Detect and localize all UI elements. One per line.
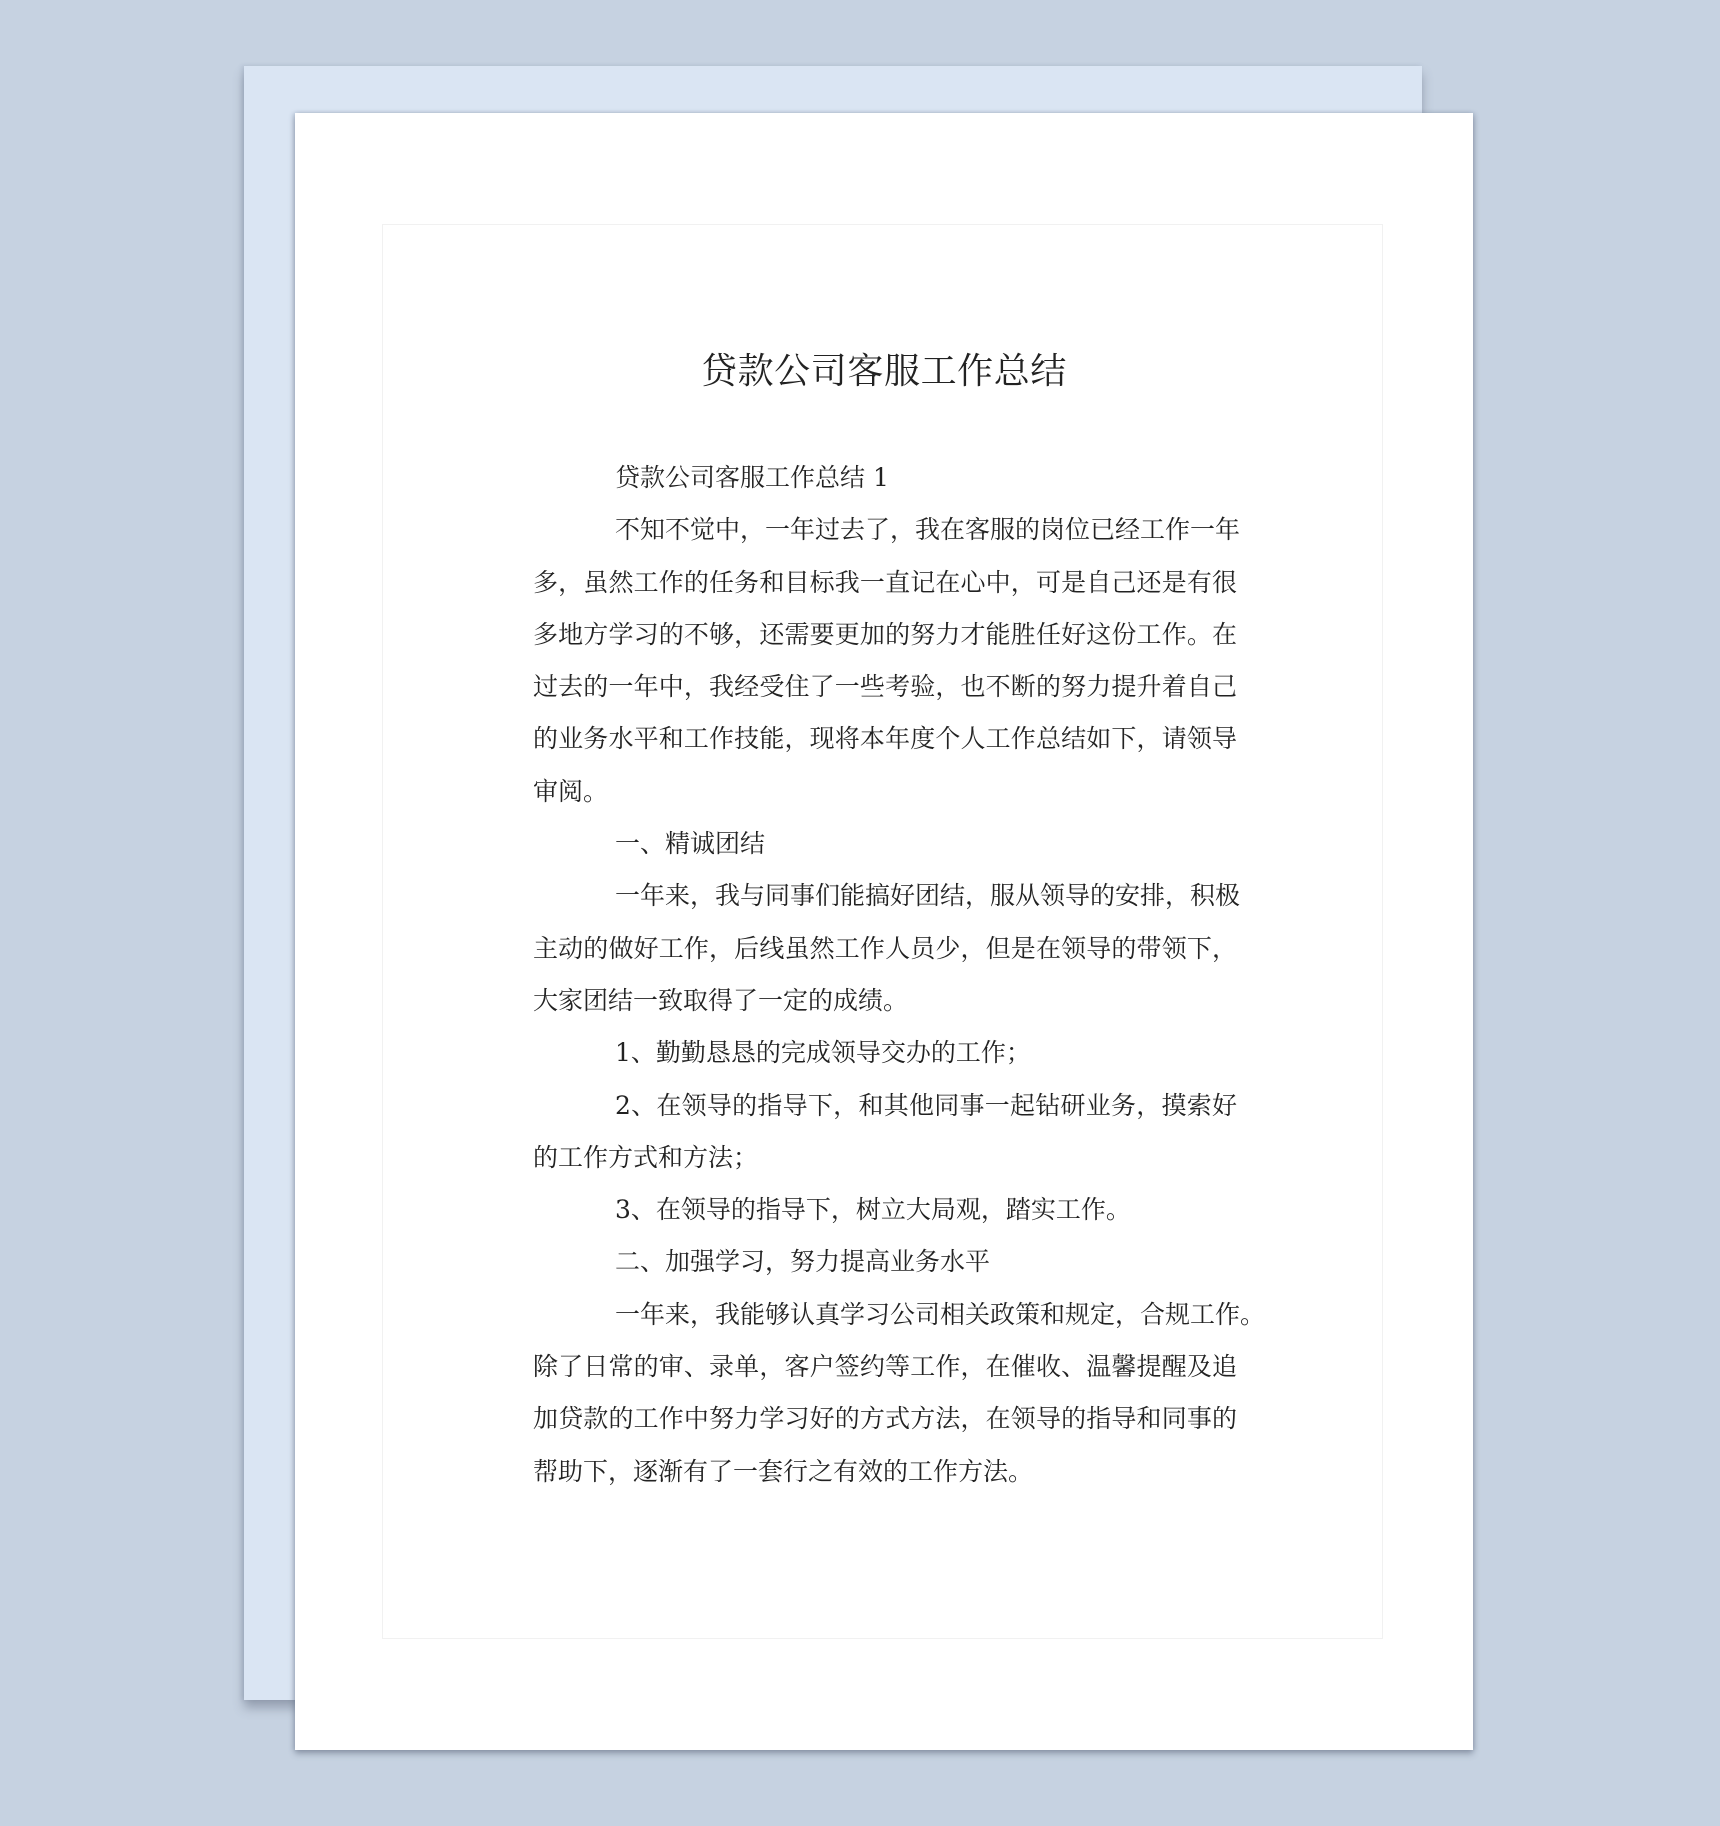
paragraph-line: 一年来，我能够认真学习公司相关政策和规定，合规工作。: [533, 1289, 1237, 1341]
paragraph-line: 审阅。: [533, 766, 1237, 818]
list-item: 2、在领导的指导下，和其他同事一起钻研业务，摸索好: [533, 1080, 1237, 1132]
document-title: 贷款公司客服工作总结: [295, 350, 1473, 394]
paragraph-line: 不知不觉中，一年过去了，我在客服的岗位已经工作一年: [533, 504, 1237, 556]
paragraph-line: 一年来，我与同事们能搞好团结，服从领导的安排，积极: [533, 870, 1237, 922]
paragraph-line: 除了日常的审、录单，客户签约等工作，在催收、温馨提醒及追: [533, 1341, 1237, 1393]
list-item: 的工作方式和方法；: [533, 1132, 1237, 1184]
section-heading: 一、精诚团结: [533, 818, 1237, 870]
list-item: 3、在领导的指导下，树立大局观，踏实工作。: [533, 1184, 1237, 1236]
paragraph-line: 加贷款的工作中努力学习好的方式方法，在领导的指导和同事的: [533, 1393, 1237, 1445]
document-page: 贷款公司客服工作总结 贷款公司客服工作总结 1 不知不觉中，一年过去了，我在客服…: [295, 113, 1473, 1750]
section-heading: 二、加强学习，努力提高业务水平: [533, 1236, 1237, 1288]
paragraph-line: 大家团结一致取得了一定的成绩。: [533, 975, 1237, 1027]
paragraph-line: 多地方学习的不够，还需要更加的努力才能胜任好这份工作。在: [533, 609, 1237, 661]
section-heading: 贷款公司客服工作总结 1: [533, 452, 1237, 504]
paragraph-line: 多，虽然工作的任务和目标我一直记在心中，可是自己还是有很: [533, 557, 1237, 609]
paragraph-line: 的业务水平和工作技能，现将本年度个人工作总结如下，请领导: [533, 713, 1237, 765]
paragraph-line: 主动的做好工作，后线虽然工作人员少，但是在领导的带领下，: [533, 923, 1237, 975]
paragraph-line: 帮助下，逐渐有了一套行之有效的工作方法。: [533, 1446, 1237, 1498]
paragraph-line: 过去的一年中，我经受住了一些考验，也不断的努力提升着自己: [533, 661, 1237, 713]
document-body: 贷款公司客服工作总结 1 不知不觉中，一年过去了，我在客服的岗位已经工作一年 多…: [533, 452, 1237, 1498]
list-item: 1、勤勤恳恳的完成领导交办的工作；: [533, 1027, 1237, 1079]
